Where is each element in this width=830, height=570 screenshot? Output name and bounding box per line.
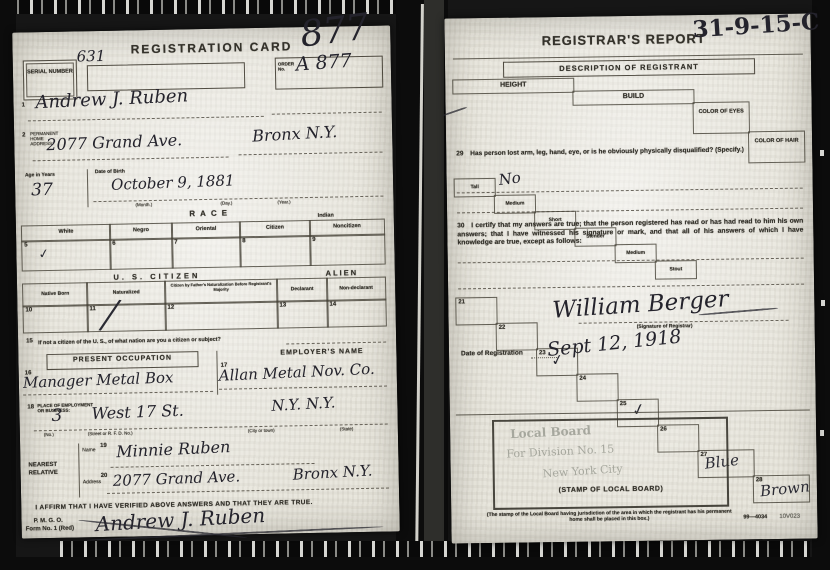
hair-cell: 28Brown [754, 476, 809, 503]
dob-label: Date of Birth [95, 169, 125, 176]
description-header: DESCRIPTION OF REGISTRANT [503, 58, 755, 78]
height-medium-cell: 22 [497, 323, 537, 350]
ruled-line [219, 386, 387, 390]
handwritten-card-number: 877 [298, 6, 371, 55]
handwritten-place-no: 3 [51, 406, 62, 426]
race-cell-white: 5✓ [22, 240, 111, 271]
citizen-col-label: Naturalized [87, 282, 165, 305]
card-title: REGISTRATION CARD [116, 39, 306, 57]
alien-cell-declarant: 13 [277, 301, 327, 328]
handwritten-q29-answer: No [498, 168, 522, 188]
employer-header: EMPLOYER'S NAME [280, 348, 363, 357]
dob-year-sublabel: (Year.) [277, 199, 290, 204]
place-street-sublabel: (Street or R. F. D. No.) [88, 430, 133, 436]
column-divider [78, 443, 80, 497]
stamp-text-line-3: New York City [542, 462, 623, 480]
color-of-eyes-header: COLOR OF EYES [694, 102, 749, 133]
film-perforation-dot [820, 150, 824, 156]
handwritten-relative-address-city: Bronx N.Y. [292, 461, 373, 483]
citizen-col-label: Native Born [23, 283, 87, 306]
race-cell-indian-citizen: 8 [240, 236, 311, 266]
handwritten-home-address-city: Bronx N.Y. [252, 122, 338, 146]
handwritten-home-address: 2077 Grand Ave. [46, 130, 183, 154]
race-col-label: Negro [110, 224, 172, 240]
nearest-relative-label-2: RELATIVE [29, 470, 58, 477]
handwritten-place-city-state: N.Y. N.Y. [271, 393, 336, 414]
race-col-label: Citizen [240, 221, 310, 237]
build-slender-cell: 24 [577, 374, 617, 401]
citizen-alien-table: Native Born Naturalized Citizen by Fathe… [23, 278, 386, 333]
alien-col-label: Declarant [277, 279, 327, 302]
relative-address-label: Address [83, 479, 101, 485]
check-mark: ╱ [100, 298, 121, 333]
ruled-line [239, 152, 383, 156]
handwritten-hair-color: Brown [759, 477, 810, 500]
height-tall-cell: 21 [456, 298, 496, 325]
name-line-number: 1 [22, 102, 25, 108]
registrar-report-card: REGISTRAR'S REPORT 31-9-15-C DESCRIPTION… [444, 13, 817, 543]
film-perforation-dot [820, 430, 824, 436]
height-header: HEIGHT [453, 79, 573, 94]
handwritten-board-code: 31-9-15-C [692, 8, 820, 43]
ruled-line [28, 116, 264, 122]
stamp-box-caption: (STAMP OF LOCAL BOARD) [495, 485, 727, 495]
place-label: PLACE OF EMPLOYMENT OR BUSINESS: [37, 402, 97, 413]
order-number-box: ORDER No. A 877 [275, 56, 384, 90]
form-agency-label: P. M. G. O. [34, 518, 63, 525]
ruled-line [272, 112, 382, 115]
relative-name-number: 19 [100, 443, 107, 449]
film-perforation-dot [821, 300, 825, 306]
film-frame-code: 10V023 [779, 514, 800, 520]
handwritten-order-number: A 877 [295, 50, 352, 76]
ruled-line [33, 157, 229, 162]
address-line-number: 2 [22, 132, 25, 138]
race-cell-oriental: 7 [172, 237, 241, 267]
stamp-text-line-1: Local Board [510, 423, 591, 441]
age-label: Age in Years [25, 172, 55, 179]
handwritten-place-street: West 17 St. [91, 401, 184, 423]
build-stout-label: Stout [656, 261, 696, 279]
film-sprocket-strip-bottom [60, 541, 810, 558]
stamp-text-line-2: For Division No. 15 [506, 442, 614, 460]
ruled-line [23, 391, 213, 396]
ruled-line [93, 196, 383, 203]
citizen-col-label: Citizen by Father's Naturalization Befor… [165, 280, 277, 304]
stamp-instruction-note: (The stamp of the Local Board having jur… [481, 509, 737, 525]
report-title: REGISTRAR'S REPORT [542, 31, 706, 48]
race-cell-indian-noncitizen: 9 [310, 235, 385, 265]
place-number: 18 [27, 404, 34, 410]
relative-address-number: 20 [101, 473, 108, 479]
place-no-sublabel: (No.) [44, 432, 54, 437]
race-indian-header: Indian [268, 212, 384, 220]
build-header: BUILD [573, 90, 693, 105]
registration-date-label: Date of Registration [461, 350, 523, 358]
film-edge-bottom [0, 557, 830, 570]
race-table: White Negro Oriental Citizen Noncitizen … [22, 220, 385, 271]
registration-card: 877 REGISTRATION CARD SERIAL NUMBER 631 … [12, 25, 400, 538]
ruled-line [111, 463, 315, 468]
check-mark: ✓ [37, 246, 50, 263]
handwritten-age: 37 [31, 180, 53, 200]
citizen-cell-native-born: 10 [23, 305, 87, 332]
handwritten-occupation: Manager Metal Box [23, 368, 174, 392]
ruled-line [286, 342, 386, 345]
alien-cell-non-declarant: 14 [327, 300, 385, 327]
q15-text: If not a citizen of the U. S., of what n… [38, 335, 288, 346]
race-cell-negro: 6 [110, 239, 173, 269]
place-state-sublabel: (State) [340, 426, 354, 431]
citizen-cell-by-father: 12 [165, 302, 277, 330]
handwritten-serial-number: 631 [76, 47, 105, 66]
form-print-code: 99—4034 [743, 514, 767, 520]
film-gutter-band [424, 0, 444, 570]
handwritten-relative-address: 2077 Grand Ave. [112, 467, 240, 490]
handwritten-relative-name: Minnie Ruben [116, 437, 231, 461]
dob-month-sublabel: (Month.) [135, 202, 152, 207]
alien-col-label: Non-declarant [327, 278, 385, 301]
place-city-sublabel: (City or town) [248, 428, 275, 434]
ruled-line [34, 424, 388, 432]
race-col-label: White [22, 225, 110, 242]
height-medium-label: Medium [495, 195, 535, 213]
local-board-stamp-box: Local Board For Division No. 15 New York… [492, 417, 729, 510]
height-tall-label: Tall [455, 179, 495, 197]
handwritten-date-of-birth: October 9, 1881 [111, 171, 235, 194]
handwritten-employer: Allan Metal Nov. Co. [218, 360, 375, 385]
race-col-label: Noncitizen [310, 220, 384, 236]
q29-number: 29 [456, 150, 463, 157]
dob-day-sublabel: (Day.) [220, 200, 232, 205]
alien-header: ALIEN [297, 268, 387, 279]
q30-certification-text: I certify that my answers are true; that… [457, 218, 803, 249]
form-number-label: Form No. 1 (Red) [26, 526, 74, 533]
occupation-header: PRESENT OCCUPATION [46, 351, 198, 370]
description-table: HEIGHT BUILD COLOR OF EYES COLOR OF HAIR… [453, 76, 808, 477]
citizen-cell-naturalized: 11╱ [87, 304, 165, 331]
nearest-relative-label-1: NEAREST [28, 462, 57, 469]
relative-name-label: Name [82, 447, 95, 453]
q15-number: 15 [26, 338, 33, 344]
scanned-draft-card-image: 877 REGISTRATION CARD SERIAL NUMBER 631 … [0, 0, 830, 570]
column-divider [87, 169, 89, 207]
race-col-label: Oriental [172, 222, 240, 238]
